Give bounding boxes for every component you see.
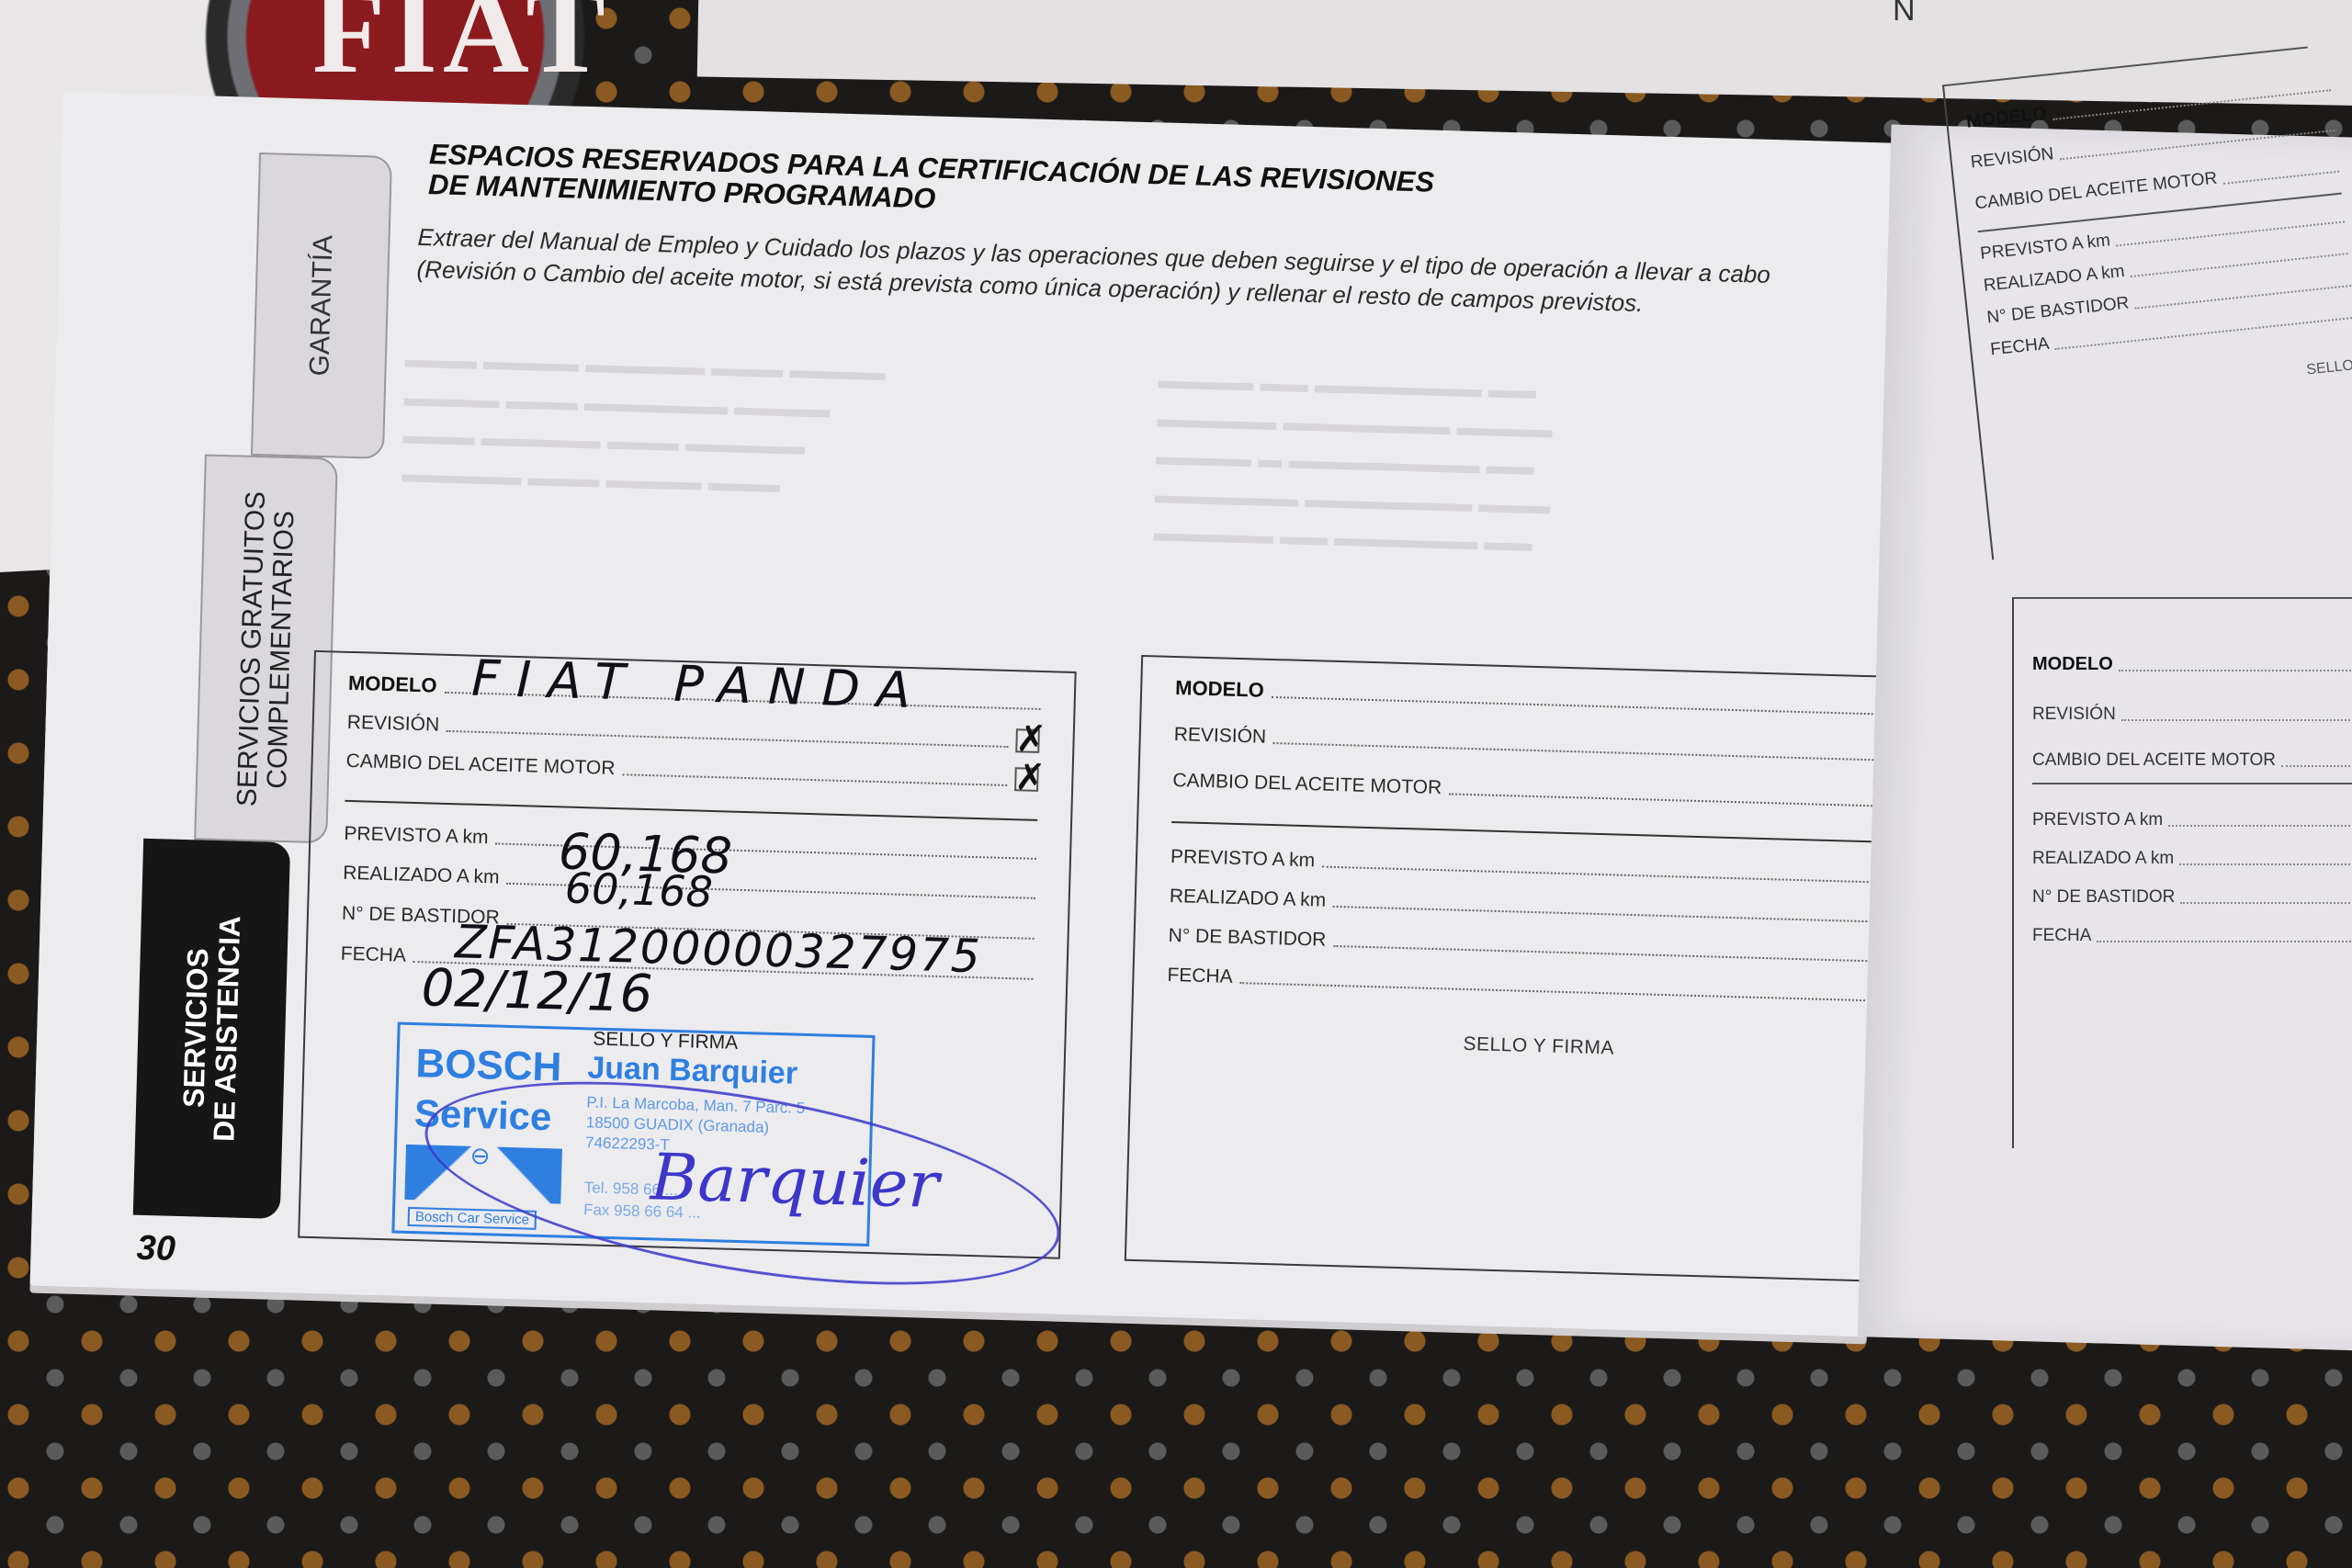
checkbox-revision[interactable] [1015,728,1040,753]
handwritten-fecha: 02/12/16 [421,958,653,1024]
page-number: 30 [136,1229,175,1269]
label-modelo: MODELO [348,671,437,698]
tab-garantia[interactable]: GARANTÍA [251,152,392,459]
label-bastidor: N° DE BASTIDOR [1168,925,1326,952]
label-realizado: REALIZADO A km [1170,886,1327,912]
label-bastidor: N° DE BASTIDOR [2032,887,2175,908]
label-fecha: FECHA [340,943,406,967]
label-fecha: FECHA [1989,334,2050,361]
handwritten-modelo: FIAT PANDA [470,649,927,720]
tab-label: GARANTÍA [305,235,338,377]
bleed-through-text: ▬▬▬▬ ▬▬ ▬▬▬▬▬▬▬ ▬▬▬▬▬▬▬ ▬▬▬▬▬▬▬ ▬▬▬▬▬▬▬▬… [1153,361,1857,571]
background-letter: N [1893,0,1916,28]
field-cambio-aceite[interactable]: CAMBIO DEL ACEITE MOTOR [2032,750,2352,771]
label-revision: REVISIÓN [2032,705,2116,725]
field-fecha[interactable]: FECHA [1167,964,1905,1007]
field-revision[interactable]: REVISIÓN [2032,705,2352,725]
field-realizado-km[interactable]: REALIZADO A km [2032,849,2352,869]
handwritten-realizado-km: 60,168 [564,863,713,917]
field-fecha[interactable]: FECHA [2032,926,2352,946]
maintenance-record-4: MODELO REVISIÓN CAMBIO DEL ACEITE MOTOR … [2012,597,2352,1148]
label-modelo: MODELO [1965,104,2048,133]
label-modelo: MODELO [1175,676,1264,703]
label-revision: REVISIÓN [1173,724,1266,749]
label-revision: REVISIÓN [346,712,439,737]
label-previsto: PREVISTO A km [1979,231,2111,265]
bleed-through-text: ▬▬▬ ▬▬▬▬ ▬▬▬▬▬ ▬▬▬ ▬▬▬▬▬▬▬▬ ▬▬▬ ▬▬▬▬▬▬ ▬… [401,340,1103,513]
field-cambio-aceite[interactable]: CAMBIO DEL ACEITE MOTOR [1172,768,1911,812]
field-previsto-km[interactable]: PREVISTO A km [1170,846,1909,888]
label-modelo: MODELO [2032,654,2113,675]
tab-label: SERVICIOS GRATUITOS COMPLEMENTARIOS [232,491,300,807]
label-bastidor: N° DE BASTIDOR [1986,293,2131,328]
divider [345,800,1037,821]
signature: Barquier [650,1139,940,1223]
label-realizado: REALIZADO A km [1983,262,2126,297]
field-revision[interactable]: REVISIÓN [346,710,1039,753]
field-previsto-km[interactable]: PREVISTO A km [2032,810,2352,830]
maintenance-record-3: MODELO REVISIÓN CAMBIO DEL ACEITE MOTOR … [1942,47,2352,560]
tab-label: SERVICIOS DE ASISTENCIA [177,915,245,1143]
field-cambio-aceite[interactable]: CAMBIO DEL ACEITE MOTOR [345,749,1038,792]
divider [2032,783,2352,784]
field-bastidor[interactable]: N° DE BASTIDOR [1168,925,1906,967]
field-revision[interactable]: REVISIÓN [1173,722,1912,766]
label-realizado: REALIZADO A km [2032,849,2174,869]
sello-label: SELLO Y FIRMA [1463,1033,1614,1060]
page-title: ESPACIOS RESERVADOS PARA LA CERTIFICACIÓ… [428,139,1623,233]
field-modelo[interactable]: MODELO [1175,676,1914,720]
field-bastidor[interactable]: N° DE BASTIDOR [2032,887,2352,908]
label-previsto: PREVISTO A km [2032,810,2163,830]
label-fecha: FECHA [1167,964,1233,988]
label-previsto: PREVISTO A km [1170,846,1316,872]
label-previsto: PREVISTO A km [344,823,489,849]
label-revision: REVISIÓN [1970,144,2055,173]
label-cambio-aceite: CAMBIO DEL ACEITE MOTOR [345,750,615,780]
checkbox-cambio-aceite[interactable] [1014,767,1039,792]
left-page: GARANTÍA SERVICIOS GRATUITOS COMPLEMENTA… [30,92,1901,1337]
maintenance-record-2: MODELO REVISIÓN CAMBIO DEL ACEITE MOTOR … [1125,655,1950,1283]
label-cambio-aceite: CAMBIO DEL ACEITE MOTOR [1974,169,2219,215]
field-modelo[interactable]: MODELO [2032,654,2352,675]
label-fecha: FECHA [2032,926,2091,946]
field-realizado-km[interactable]: REALIZADO A km [1170,886,1908,928]
label-cambio-aceite: CAMBIO DEL ACEITE MOTOR [2032,750,2276,771]
label-cambio-aceite: CAMBIO DEL ACEITE MOTOR [1172,770,1442,799]
label-realizado: REALIZADO A km [343,863,500,889]
divider [1171,821,1910,843]
tab-servicios-asistencia[interactable]: SERVICIOS DE ASISTENCIA [133,839,290,1219]
stamp-brand: BOSCH [415,1043,562,1088]
maintenance-record-1: MODELO REVISIÓN CAMBIO DEL ACEITE MOTOR … [298,650,1077,1259]
intro-paragraph: Extraer del Manual de Empleo y Cuidado l… [416,221,1850,326]
